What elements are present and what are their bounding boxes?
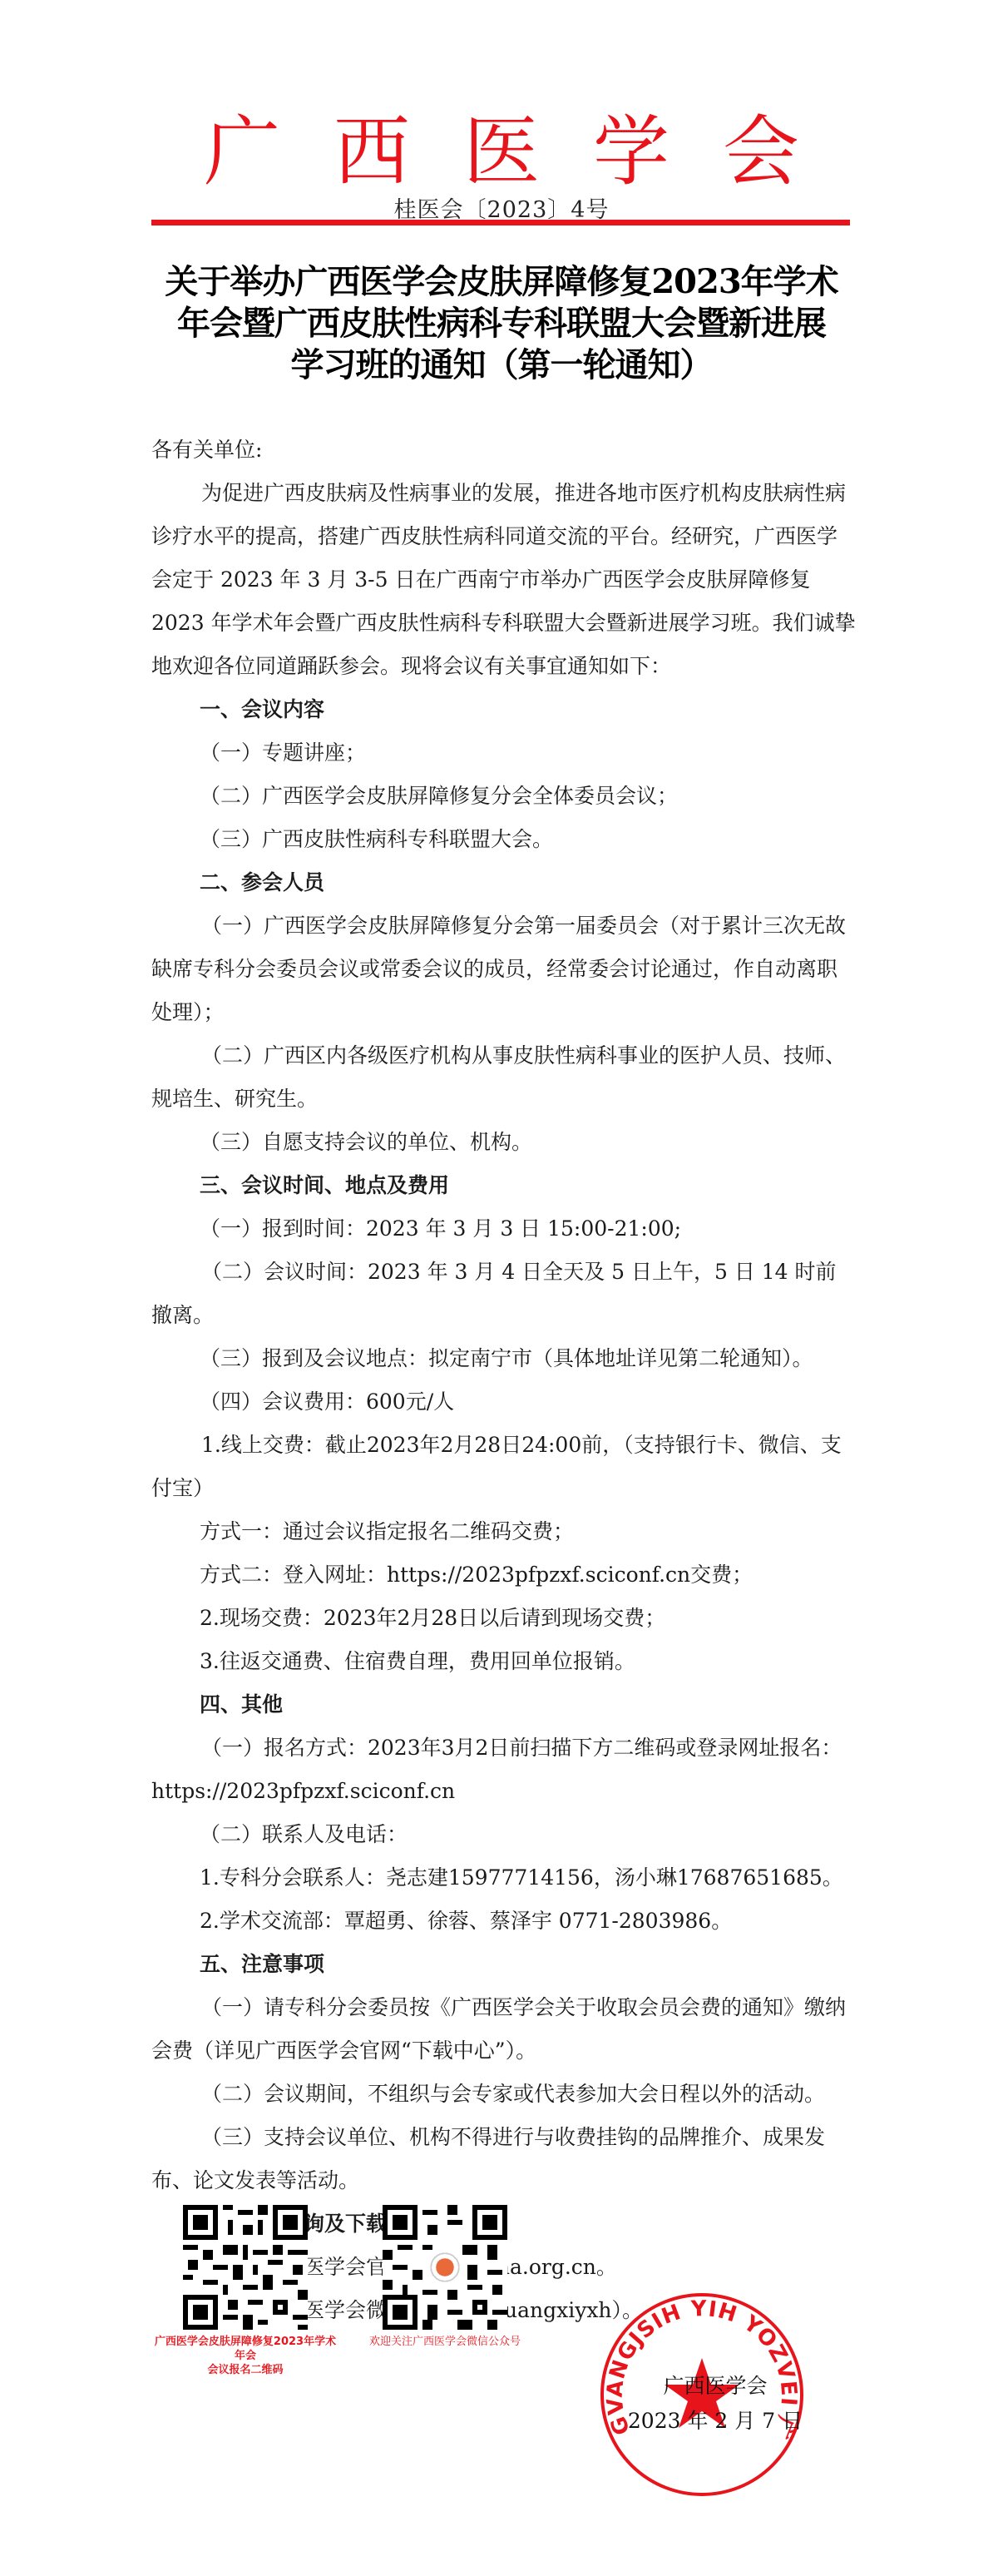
list-item: （三）广西皮肤性病科专科联盟大会。 (151, 818, 857, 861)
wechat-qr-caption: 欢迎关注广西医学会微信公众号 (353, 2335, 536, 2349)
notice-title-line-3: 学习班的通知（第一轮通知） (158, 344, 845, 386)
section-heading-content: 一、会议内容 (151, 688, 857, 731)
list-item: （四）会议费用：600元/人 (151, 1380, 857, 1424)
contact-line: 1.专科分会联系人：尧志建15977714156，汤小琳17687651685。 (151, 1856, 857, 1900)
registration-qr-code[interactable] (183, 2205, 308, 2330)
list-item: （三）支持会议单位、机构不得进行与收费挂钩的品牌推介、成果发布、论文发表等活动。 (151, 2116, 857, 2202)
registration-qr-caption: 广西医学会皮肤屏障修复2023年学术年会 会议报名二维码 (154, 2335, 337, 2377)
list-item: （三）报到及会议地点：拟定南宁市（具体地址详见第二轮通知）。 (151, 1337, 857, 1380)
intro-paragraph: 为促进广西皮肤病及性病事业的发展，推进各地市医疗机构皮肤病性病诊疗水平的提高，搭… (151, 472, 857, 688)
list-item: 方式一：通过会议指定报名二维码交费； (151, 1510, 857, 1553)
list-item: （一）请专科分会委员按《广西医学会关于收取会员会费的通知》缴纳会费（详见广西医学… (151, 1986, 857, 2073)
org-letterhead-title: 广西医学会 (0, 107, 1003, 198)
qr-code-icon (183, 2205, 308, 2330)
registration-url-line[interactable]: 方式二：登入网址：https://2023pfpzxf.sciconf.cn交费… (151, 1553, 857, 1597)
notice-title-line-1: 关于举办广西医学会皮肤屏障修复2023年学术 (158, 261, 845, 303)
list-item: （一）广西医学会皮肤屏障修复分会第一届委员会（对于累计三次无故缺席专科分会委员会… (151, 904, 857, 1034)
wechat-qr-code[interactable] (383, 2205, 507, 2330)
qr-caption-line-1: 欢迎关注广西医学会微信公众号 (353, 2335, 536, 2349)
list-item: （二）广西区内各级医疗机构从事皮肤性病科事业的医护人员、技师、规培生、研究生。 (151, 1034, 857, 1121)
list-item: （二）广西医学会皮肤屏障修复分会全体委员会议； (151, 775, 857, 818)
document-page: 广西医学会 桂医会〔2023〕4号 关于举办广西医学会皮肤屏障修复2023年学术… (0, 0, 1003, 2576)
letterhead-divider (151, 220, 850, 225)
list-item: （一）专题讲座； (151, 731, 857, 775)
signature-date: 2023 年 2 月 7 日 (607, 2405, 823, 2435)
wechat-qr-block: 欢迎关注广西医学会微信公众号 (353, 2205, 536, 2349)
notice-title-line-2: 年会暨广西皮肤性病科专科联盟大会暨新进展 (158, 303, 845, 344)
qr-caption-line-1: 广西医学会皮肤屏障修复2023年学术年会 (154, 2335, 337, 2363)
notice-title: 关于举办广西医学会皮肤屏障修复2023年学术 年会暨广西皮肤性病科专科联盟大会暨… (158, 261, 845, 386)
registration-qr-block: 广西医学会皮肤屏障修复2023年学术年会 会议报名二维码 (154, 2205, 337, 2377)
qr-code-icon (383, 2205, 507, 2330)
list-item: 2.现场交费：2023年2月28日以后请到现场交费； (151, 1597, 857, 1640)
list-item: （一）报到时间：2023 年 3 月 3 日 15:00-21:00; (151, 1207, 857, 1251)
signature-org: 广西医学会 (607, 2370, 823, 2400)
registration-method[interactable]: （一）报名方式：2023年3月2日前扫描下方二维码或登录网址报名：https:/… (151, 1726, 857, 1813)
list-item: （三）自愿支持会议的单位、机构。 (151, 1121, 857, 1164)
list-item: （二）联系人及电话： (151, 1813, 857, 1856)
section-heading-attendees: 二、参会人员 (151, 861, 857, 904)
notice-body: 各有关单位: 为促进广西皮肤病及性病事业的发展，推进各地市医疗机构皮肤病性病诊疗… (151, 429, 857, 2332)
list-item: 1.线上交费：截止2023年2月28日24:00前，（支持银行卡、微信、支付宝） (151, 1424, 857, 1510)
list-item: 3.往返交通费、住宿费自理，费用回单位报销。 (151, 1640, 857, 1683)
qr-caption-line-2: 会议报名二维码 (154, 2363, 337, 2377)
list-item: （二）会议时间：2023 年 3 月 4 日全天及 5 日上午，5 日 14 时… (151, 1251, 857, 1337)
section-heading-time-place-fee: 三、会议时间、地点及费用 (151, 1164, 857, 1207)
salutation: 各有关单位: (151, 429, 857, 472)
contact-line: 2.学术交流部：覃超勇、徐蓉、蔡泽宇 0771-2803986。 (151, 1900, 857, 1943)
section-heading-notes: 五、注意事项 (151, 1943, 857, 1986)
section-heading-other: 四、其他 (151, 1683, 857, 1726)
list-item: （二）会议期间，不组织与会专家或代表参加大会日程以外的活动。 (151, 2073, 857, 2116)
